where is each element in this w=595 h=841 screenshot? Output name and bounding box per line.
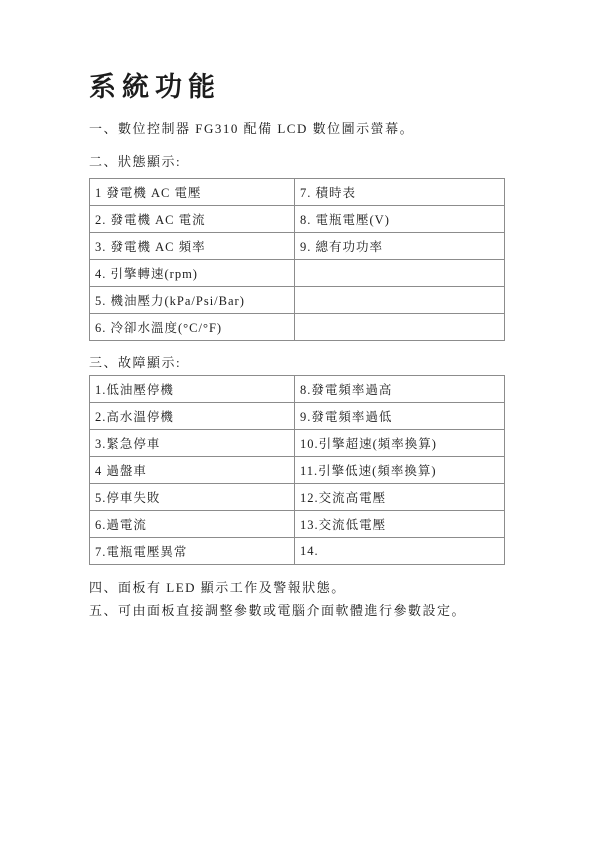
table-cell: 7. 積時表 xyxy=(295,179,505,206)
table-cell: 5. 機油壓力(kPa/Psi/Bar) xyxy=(90,287,295,314)
document-page: 系統功能 一、數位控制器 FG310 配備 LCD 數位圖示螢幕。 二、狀態顯示… xyxy=(0,0,595,841)
list-item-5: 五、可由面板直接調整參數或電腦介面軟體進行參數設定。 xyxy=(89,603,505,619)
table-row: 4. 引擎轉速(rpm) xyxy=(90,260,505,287)
table-row: 7.電瓶電壓異常 14. xyxy=(90,538,505,565)
list-item-2: 二、狀態顯示: xyxy=(89,154,505,170)
table-row: 1.低油壓停機 8.發電頻率過高 xyxy=(90,376,505,403)
table-cell: 11.引擎低速(頻率換算) xyxy=(295,457,505,484)
table-cell: 1.低油壓停機 xyxy=(90,376,295,403)
table-cell: 1 發電機 AC 電壓 xyxy=(90,179,295,206)
table-row: 6. 冷卻水溫度(°C/°F) xyxy=(90,314,505,341)
table-cell: 2.高水溫停機 xyxy=(90,403,295,430)
table-cell: 13.交流低電壓 xyxy=(295,511,505,538)
table-cell: 4. 引擎轉速(rpm) xyxy=(90,260,295,287)
table-cell: 2. 發電機 AC 電流 xyxy=(90,206,295,233)
list-item-4: 四、面板有 LED 顯示工作及警報狀態。 xyxy=(89,580,505,596)
table-cell: 12.交流高電壓 xyxy=(295,484,505,511)
table-cell: 8. 電瓶電壓(V) xyxy=(295,206,505,233)
table-cell: 6. 冷卻水溫度(°C/°F) xyxy=(90,314,295,341)
table-row: 5.停車失敗 12.交流高電壓 xyxy=(90,484,505,511)
table-row: 3.緊急停車 10.引擎超速(頻率換算) xyxy=(90,430,505,457)
table-row: 6.過電流 13.交流低電壓 xyxy=(90,511,505,538)
table-cell: 14. xyxy=(295,538,505,565)
page-title: 系統功能 xyxy=(89,0,505,104)
table-cell: 7.電瓶電壓異常 xyxy=(90,538,295,565)
table-cell: 4 過盤車 xyxy=(90,457,295,484)
fault-table: 1.低油壓停機 8.發電頻率過高 2.高水溫停機 9.發電頻率過低 3.緊急停車… xyxy=(89,375,505,565)
table-cell: 9.發電頻率過低 xyxy=(295,403,505,430)
table-cell: 8.發電頻率過高 xyxy=(295,376,505,403)
table-row: 1 發電機 AC 電壓 7. 積時表 xyxy=(90,179,505,206)
table-cell xyxy=(295,260,505,287)
document-content: 系統功能 一、數位控制器 FG310 配備 LCD 數位圖示螢幕。 二、狀態顯示… xyxy=(89,0,505,619)
table-cell: 3. 發電機 AC 頻率 xyxy=(90,233,295,260)
table-row: 2. 發電機 AC 電流 8. 電瓶電壓(V) xyxy=(90,206,505,233)
table-cell: 3.緊急停車 xyxy=(90,430,295,457)
table-row: 3. 發電機 AC 頻率 9. 總有功功率 xyxy=(90,233,505,260)
table-cell: 10.引擎超速(頻率換算) xyxy=(295,430,505,457)
table-row: 2.高水溫停機 9.發電頻率過低 xyxy=(90,403,505,430)
list-item-3: 三、故障顯示: xyxy=(89,355,505,371)
table-cell: 5.停車失敗 xyxy=(90,484,295,511)
list-item-1: 一、數位控制器 FG310 配備 LCD 數位圖示螢幕。 xyxy=(89,121,505,137)
table-row: 4 過盤車 11.引擎低速(頻率換算) xyxy=(90,457,505,484)
table-cell xyxy=(295,287,505,314)
table-cell xyxy=(295,314,505,341)
table-cell: 6.過電流 xyxy=(90,511,295,538)
table-row: 5. 機油壓力(kPa/Psi/Bar) xyxy=(90,287,505,314)
status-table: 1 發電機 AC 電壓 7. 積時表 2. 發電機 AC 電流 8. 電瓶電壓(… xyxy=(89,178,505,341)
table-cell: 9. 總有功功率 xyxy=(295,233,505,260)
